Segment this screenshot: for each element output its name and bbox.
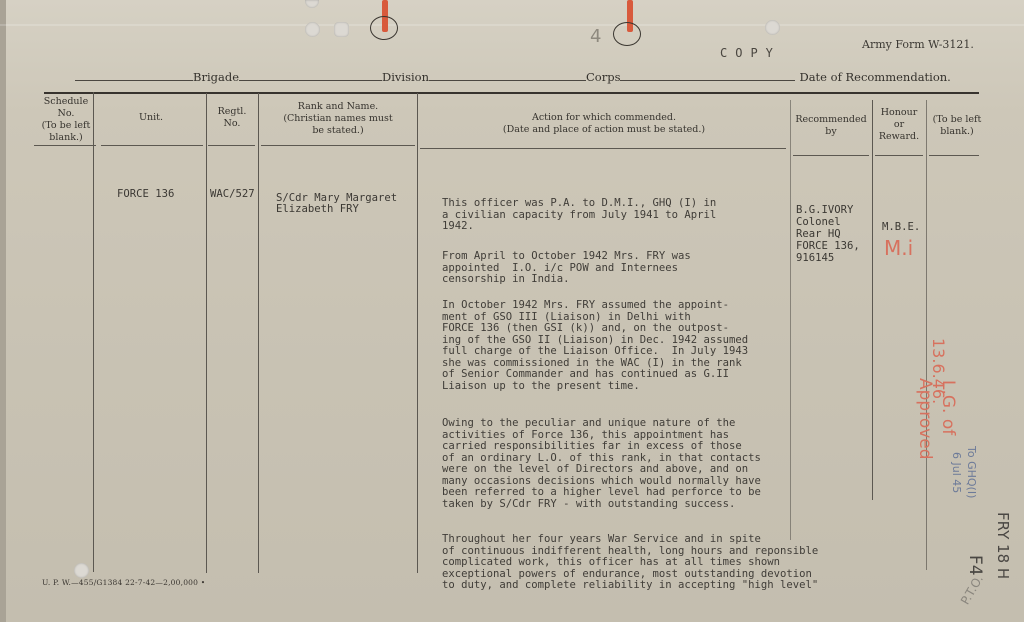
printer-imprint: U. P. W.—455/G1384 22-7-42—2,00,000 • bbox=[42, 578, 205, 587]
header-action: Action for which commended. (Date and pl… bbox=[418, 112, 790, 136]
action-paragraph-3: In October 1942 Mrs. FRY assumed the app… bbox=[442, 300, 748, 392]
column-divider bbox=[417, 93, 418, 573]
header-underline bbox=[420, 148, 786, 149]
header-underline bbox=[261, 145, 415, 146]
handwritten-honour-note: M.i bbox=[884, 236, 913, 260]
header-unit: Unit. bbox=[96, 112, 206, 124]
recommended-by-value: B.G.IVORY Colonel Rear HQ FORCE 136, 916… bbox=[796, 204, 860, 264]
copy-stamp: COPY bbox=[720, 46, 781, 60]
punch-hole bbox=[74, 563, 89, 578]
header-to-be-left-blank: (To be left blank.) bbox=[926, 114, 988, 138]
treasury-tag-ring bbox=[370, 16, 398, 40]
handwritten-routing-date: 6 Jul 45 bbox=[950, 452, 963, 493]
header-underline bbox=[34, 145, 96, 146]
header-underline bbox=[793, 155, 869, 156]
page-edge bbox=[0, 0, 6, 622]
division-label: Division bbox=[382, 70, 429, 84]
handwritten-routing: To GHQ(I) bbox=[965, 446, 978, 498]
header-underline bbox=[208, 145, 255, 146]
honour-value: M.B.E. bbox=[882, 222, 920, 233]
corps-label: Corps bbox=[586, 70, 620, 84]
header-underline bbox=[929, 155, 979, 156]
table-top-rule bbox=[44, 92, 979, 94]
document-page: 4 COPY Army Form W-3121. BrigadeDivision… bbox=[0, 0, 1024, 622]
header-underline bbox=[875, 155, 923, 156]
form-number: Army Form W-3121. bbox=[862, 38, 974, 51]
header-recommended-by: Recommended by bbox=[790, 114, 872, 138]
header-rank-name: Rank and Name. (Christian names must be … bbox=[258, 101, 418, 137]
brigade-label: Brigade bbox=[193, 70, 239, 84]
unit-value: FORCE 136 bbox=[117, 189, 174, 200]
column-divider bbox=[206, 93, 207, 573]
column-divider bbox=[926, 100, 927, 570]
header-schedule: Schedule No. (To be left blank.) bbox=[34, 96, 98, 144]
action-paragraph-1: This officer was P.A. to D.M.I., GHQ (I)… bbox=[442, 198, 716, 233]
treasury-tag-ring bbox=[613, 22, 641, 46]
punch-hole bbox=[305, 0, 319, 8]
column-divider bbox=[258, 93, 259, 573]
date-label: Date of Recommendation. bbox=[799, 70, 950, 84]
paper-fold bbox=[0, 24, 1024, 26]
punch-hole bbox=[305, 22, 320, 37]
column-divider bbox=[93, 92, 94, 572]
header-underline bbox=[101, 145, 203, 146]
column-divider bbox=[790, 100, 791, 540]
handwritten-date: 13.6.46. bbox=[929, 338, 948, 404]
punch-hole bbox=[765, 20, 780, 35]
punch-hole bbox=[334, 22, 349, 37]
brigade-field: BrigadeDivisionCorpsDate of Recommendati… bbox=[75, 70, 951, 84]
action-paragraph-4: Owing to the peculiar and unique nature … bbox=[442, 418, 761, 510]
action-paragraph-5: Throughout her four years War Service an… bbox=[442, 534, 818, 592]
handwritten-file-ref: FRY 18 H bbox=[994, 512, 1012, 579]
rank-name-value: S/Cdr Mary Margaret Elizabeth FRY bbox=[276, 193, 397, 216]
pencil-mark: 4 bbox=[590, 26, 601, 47]
header-honour-reward: Honour or Reward. bbox=[872, 107, 926, 143]
action-paragraph-2: From April to October 1942 Mrs. FRY was … bbox=[442, 251, 691, 286]
column-divider bbox=[872, 100, 873, 500]
regtl-no-value: WAC/527 bbox=[210, 189, 255, 200]
handwritten-pto: P.T.O. bbox=[958, 573, 986, 607]
header-regtl-no: Regtl. No. bbox=[206, 106, 258, 130]
